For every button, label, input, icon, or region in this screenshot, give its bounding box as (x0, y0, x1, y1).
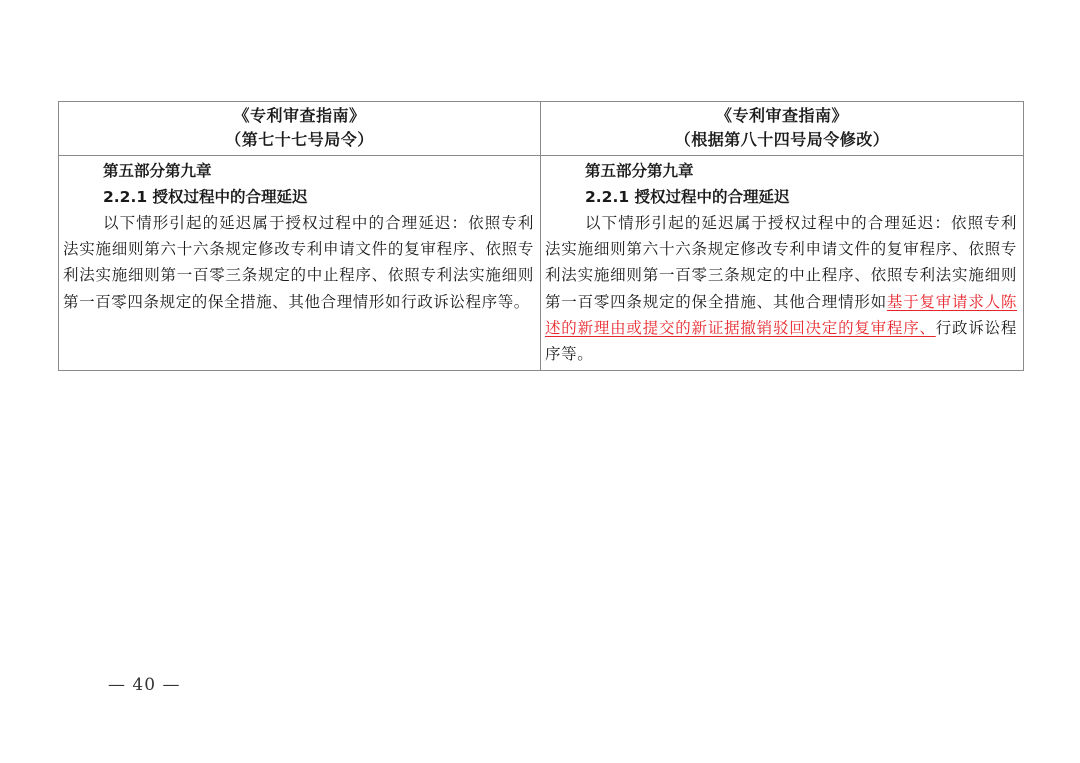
header-title: 《专利审查指南》 (59, 104, 540, 128)
clause-paragraph: 以下情形引起的延迟属于授权过程中的合理延迟：依照专利法实施细则第六十六条规定修改… (63, 210, 534, 315)
header-cell-revised: 《专利审查指南》 （根据第八十四号局令修改） (541, 102, 1024, 156)
header-title: 《专利审查指南》 (541, 104, 1023, 128)
header-subtitle: （第七十七号局令） (59, 128, 540, 152)
header-subtitle: （根据第八十四号局令修改） (541, 128, 1023, 152)
comparison-table: 《专利审查指南》 （第七十七号局令） 《专利审查指南》 （根据第八十四号局令修改… (58, 101, 1024, 371)
part-chapter-heading: 第五部分第九章 (63, 158, 534, 184)
document-page: 《专利审查指南》 （第七十七号局令） 《专利审查指南》 （根据第八十四号局令修改… (0, 0, 1080, 763)
table-header-row: 《专利审查指南》 （第七十七号局令） 《专利审查指南》 （根据第八十四号局令修改… (59, 102, 1024, 156)
paragraph-text-end: 行政诉讼程序等。 (401, 293, 530, 311)
header-cell-original: 《专利审查指南》 （第七十七号局令） (59, 102, 541, 156)
body-cell-original: 第五部分第九章 2.2.1 授权过程中的合理延迟 以下情形引起的延迟属于授权过程… (59, 156, 541, 371)
part-chapter-heading: 第五部分第九章 (545, 158, 1017, 184)
section-heading: 2.2.1 授权过程中的合理延迟 (545, 184, 1017, 210)
body-cell-revised: 第五部分第九章 2.2.1 授权过程中的合理延迟 以下情形引起的延迟属于授权过程… (541, 156, 1024, 371)
table-body-row: 第五部分第九章 2.2.1 授权过程中的合理延迟 以下情形引起的延迟属于授权过程… (59, 156, 1024, 371)
page-number: — 40 — (108, 674, 180, 696)
section-heading: 2.2.1 授权过程中的合理延迟 (63, 184, 534, 210)
clause-paragraph: 以下情形引起的延迟属于授权过程中的合理延迟：依照专利法实施细则第六十六条规定修改… (545, 210, 1017, 367)
